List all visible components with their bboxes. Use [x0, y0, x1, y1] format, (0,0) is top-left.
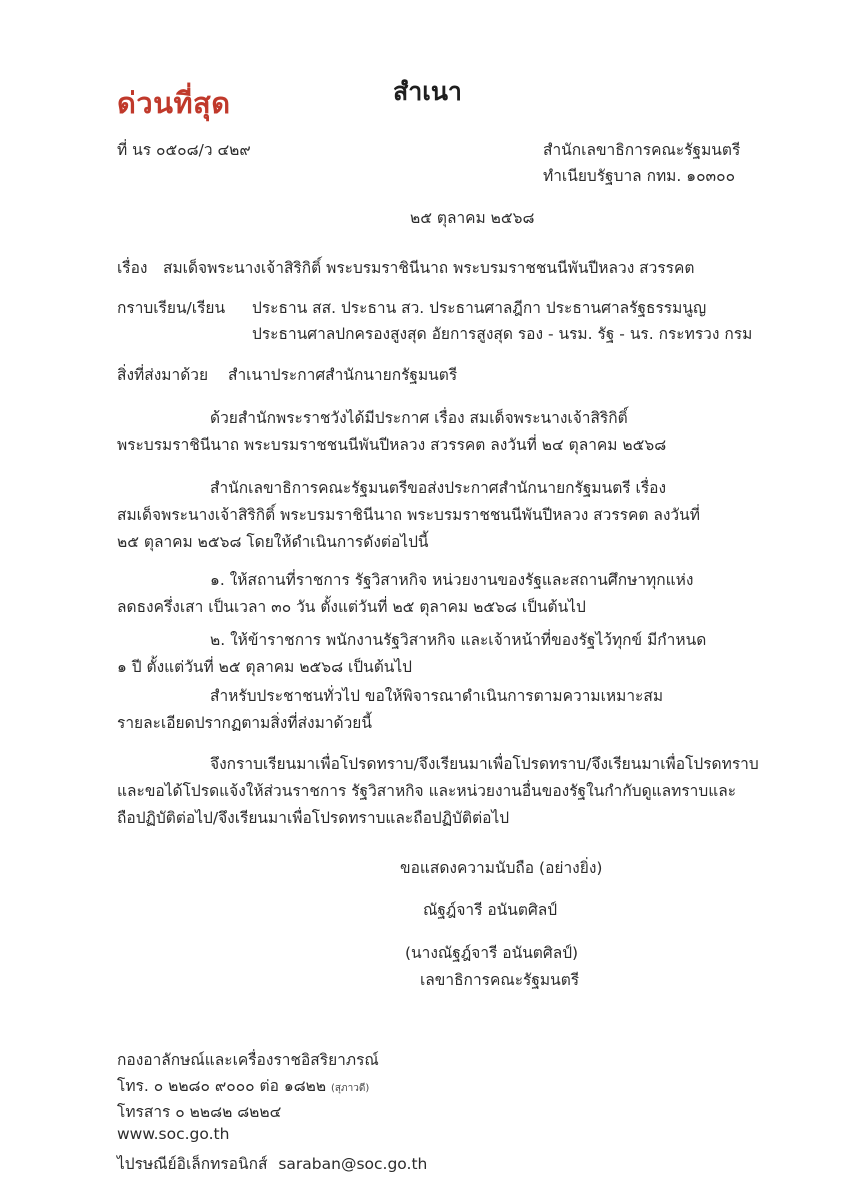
paragraph-3-line-2: รายละเอียดปรากฏตามสิ่งที่ส่งมาด้วยนี้ — [117, 710, 372, 735]
urgency-label: ด่วนที่สุด — [117, 80, 231, 126]
phone-text: โทร. ๐ ๒๒๘๐ ๙๐๐๐ ต่อ ๑๘๒๒ — [117, 1077, 326, 1095]
document-date: ๒๕ ตุลาคม ๒๕๖๘ — [410, 205, 534, 230]
copy-label: สำเนา — [393, 72, 462, 112]
signatory-full-name: (นางณัฐฎ์จารี อนันตศิลป์) — [405, 940, 578, 965]
paragraph-4-line-3: ถือปฏิบัติต่อไป/จึงเรียนมาเพื่อโปรดทราบแ… — [117, 805, 509, 830]
signature-name: ณัฐฎ์จารี อนันตศิลป์ — [423, 897, 557, 922]
fax-number: โทรสาร ๐ ๒๒๘๒ ๘๒๒๔ — [117, 1099, 281, 1124]
paragraph-1-line-1: ด้วยสำนักพระราชวังได้มีประกาศ เรื่อง สมเ… — [210, 405, 628, 430]
division-name: กองอาลักษณ์และเครื่องราชอิสริยาภรณ์ — [117, 1047, 379, 1072]
item-2-line-2: ๑ ปี ตั้งแต่วันที่ ๒๕ ตุลาคม ๒๕๖๘ เป็นต้… — [117, 654, 412, 679]
item-1-line-1: ๑. ให้สถานที่ราชการ รัฐวิสาหกิจ หน่วยงาน… — [210, 567, 693, 592]
email-row: ไปรษณีย์อิเล็กทรอนิกส์ saraban@soc.go.th — [117, 1151, 427, 1176]
sender-organization: สำนักเลขาธิการคณะรัฐมนตรี — [543, 137, 740, 162]
subject-text: สมเด็จพระนางเจ้าสิริกิติ์ พระบรมราชินีนา… — [163, 255, 694, 280]
enclosure-text: สำเนาประกาศสำนักนายกรัฐมนตรี — [228, 362, 457, 387]
email-link[interactable]: saraban@soc.go.th — [278, 1155, 427, 1173]
enclosure-label: สิ่งที่ส่งมาด้วย — [117, 362, 208, 387]
sender-address: ทำเนียบรัฐบาล กทม. ๑๐๓๐๐ — [543, 163, 735, 188]
paragraph-2-line-3: ๒๕ ตุลาคม ๒๕๖๘ โดยให้ดำเนินการดังต่อไปนี… — [117, 529, 429, 554]
closing-text: ขอแสดงความนับถือ (อย่างยิ่ง) — [400, 855, 602, 880]
item-2-line-1: ๒. ให้ข้าราชการ พนักงานรัฐวิสาหกิจ และเจ… — [210, 627, 706, 652]
recipients-line-2: ประธานศาลปกครองสูงสุด อัยการสูงสุด รอง -… — [252, 321, 752, 346]
email-label: ไปรษณีย์อิเล็กทรอนิกส์ — [117, 1155, 267, 1173]
phone-contact-note: (สุภาวดี) — [331, 1083, 369, 1094]
phone-number: โทร. ๐ ๒๒๘๐ ๙๐๐๐ ต่อ ๑๘๒๒ (สุภาวดี) — [117, 1073, 369, 1098]
signatory-position: เลขาธิการคณะรัฐมนตรี — [420, 967, 579, 992]
subject-label: เรื่อง — [117, 255, 148, 280]
paragraph-4-line-2: และขอได้โปรดแจ้งให้ส่วนราชการ รัฐวิสาหกิ… — [117, 778, 736, 803]
paragraph-2-line-2: สมเด็จพระนางเจ้าสิริกิติ์ พระบรมราชินีนา… — [117, 502, 700, 527]
recipients-line-1: ประธาน สส. ประธาน สว. ประธานศาลฎีกา ประธ… — [252, 295, 706, 320]
paragraph-4-line-1: จึงกราบเรียนมาเพื่อโปรดทราบ/จึงเรียนมาเพ… — [210, 751, 759, 776]
reference-number: ที่ นร ๐๕๐๘/ว ๔๒๙ — [117, 137, 251, 162]
paragraph-3-line-1: สำหรับประชาชนทั่วไป ขอให้พิจารณาดำเนินกา… — [210, 683, 663, 708]
paragraph-1-line-2: พระบรมราชินีนาถ พระบรมราชชนนีพันปีหลวง ส… — [117, 432, 666, 457]
paragraph-2-line-1: สำนักเลขาธิการคณะรัฐมนตรีขอส่งประกาศสำนั… — [210, 475, 666, 500]
recipients-label: กราบเรียน/เรียน — [117, 295, 225, 320]
item-1-line-2: ลดธงครึ่งเสา เป็นเวลา ๓๐ วัน ตั้งแต่วันท… — [117, 594, 586, 619]
website-link[interactable]: www.soc.go.th — [117, 1125, 229, 1143]
